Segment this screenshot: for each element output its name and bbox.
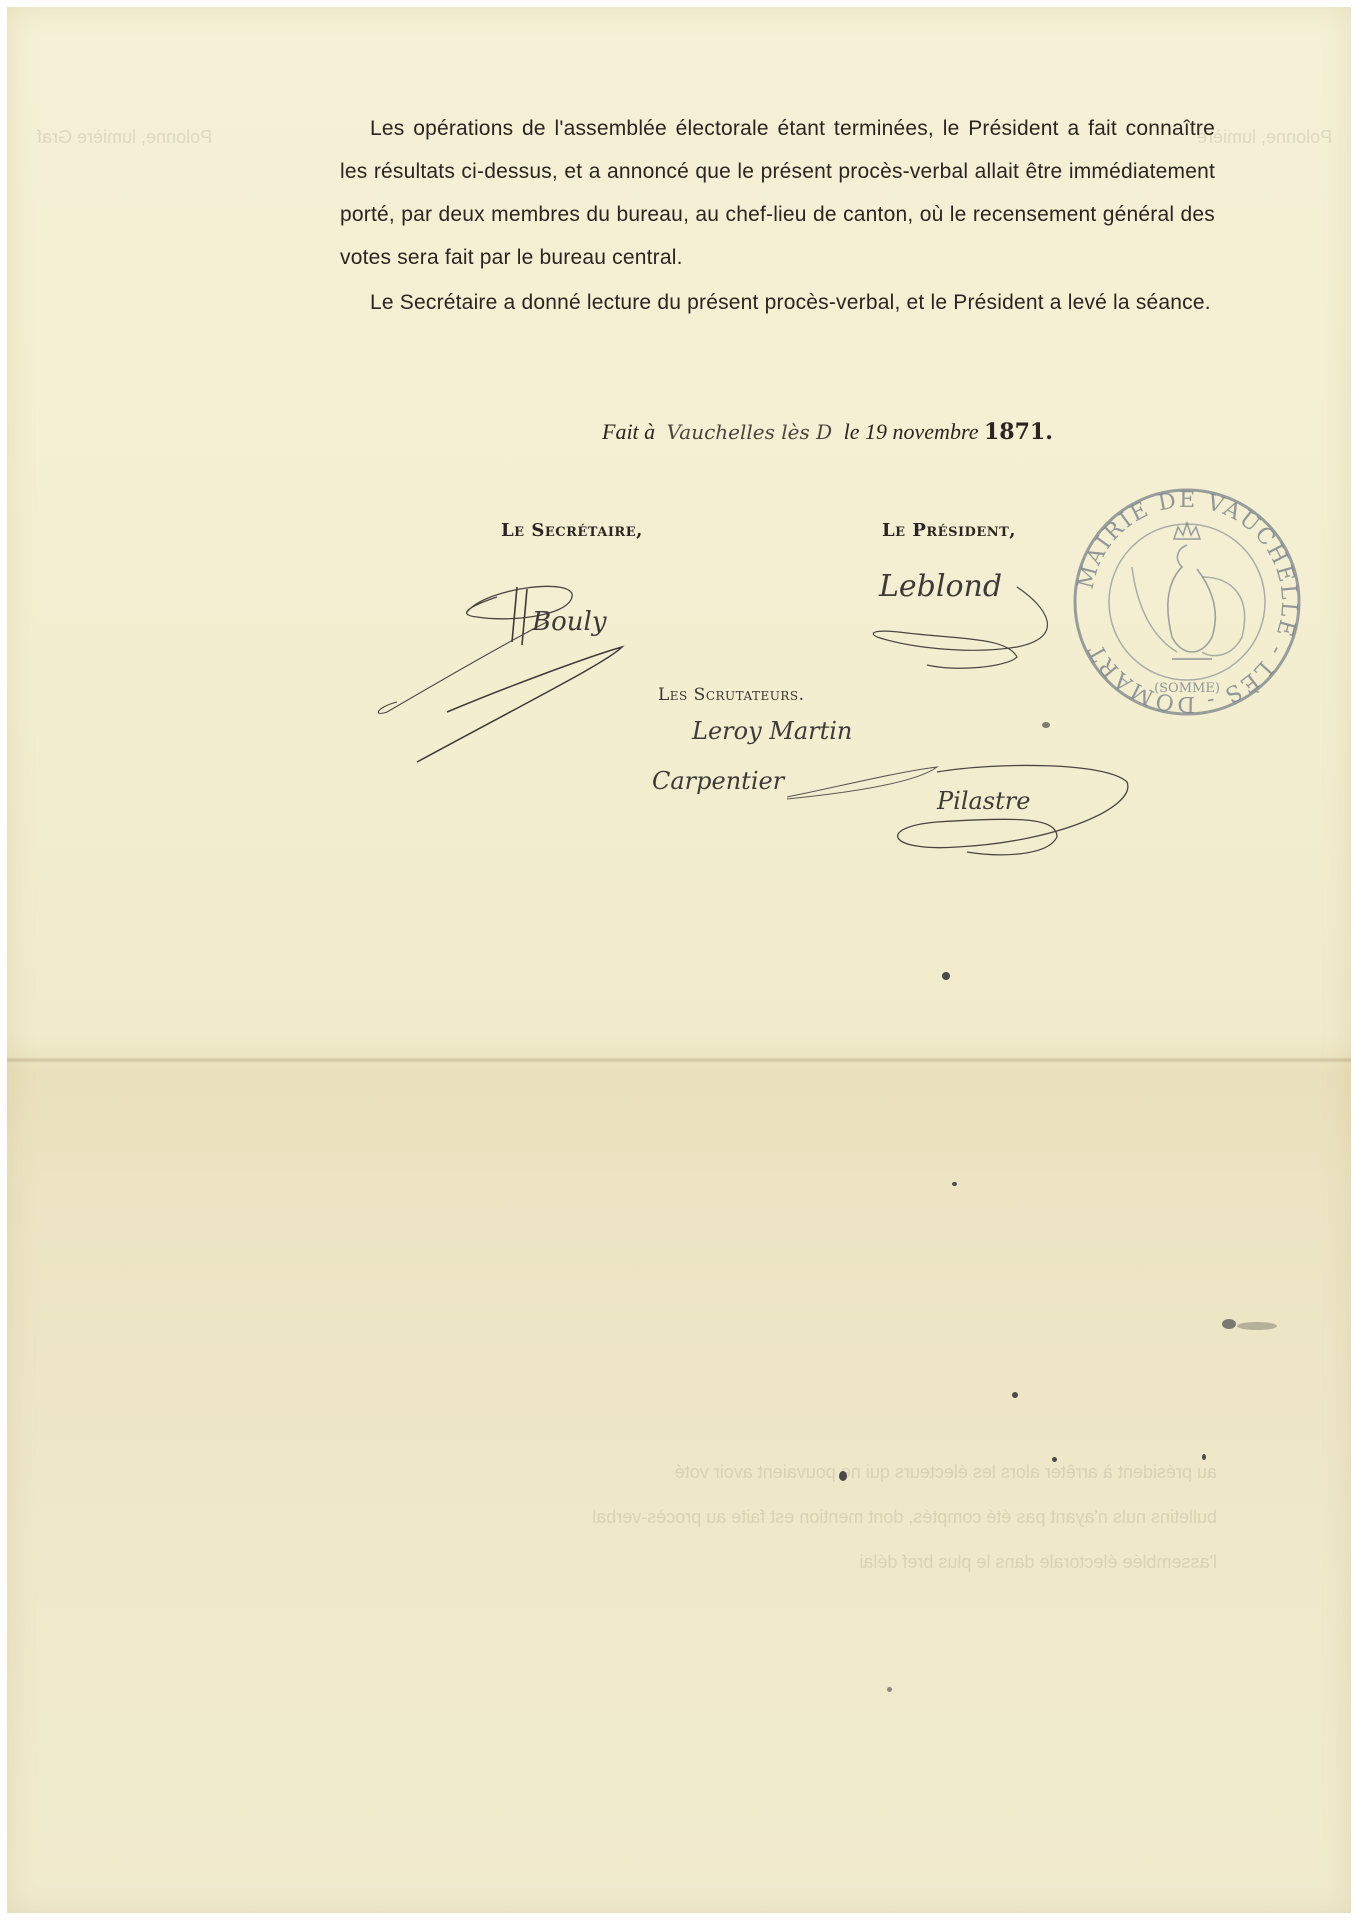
- ink-speck: [887, 1687, 892, 1692]
- paper-fold-line: [7, 1057, 1351, 1063]
- bleed-through-text: bulletins nuls n'ayant pas été comptés, …: [337, 1507, 1217, 1528]
- signature-flourish-icon: [357, 567, 637, 767]
- date-year: 1871.: [984, 419, 1053, 445]
- ink-speck: [952, 1182, 957, 1186]
- scrutineers-label: Les Scrutateurs.: [658, 685, 805, 705]
- ink-speck: [839, 1471, 847, 1481]
- mairie-stamp: MAIRIE DE VAUCHELLE - LÈS - DOMART (SOMM…: [1062, 487, 1312, 717]
- paragraph-results-announced: Les opérations de l'assemblée électorale…: [340, 107, 1215, 279]
- date-connector: le: [844, 419, 860, 444]
- secretary-label: Le Secrétaire,: [501, 520, 643, 541]
- ink-speck: [1202, 1454, 1206, 1460]
- handwritten-place: Vauchelles lès D: [667, 420, 832, 444]
- ink-speck: [1222, 1319, 1236, 1329]
- scrutineer-signature-3: Pilastre: [937, 787, 1030, 815]
- bleed-through-text: l'assemblée électorale dans le plus bref…: [337, 1552, 1217, 1573]
- bleed-through-text: Polonne, lumière Graf: [37, 127, 212, 148]
- ink-speck: [942, 972, 950, 980]
- scrutineers-signatures: Leroy Martin Carpentier Pilastre: [637, 707, 1157, 877]
- ink-speck: [1042, 722, 1050, 728]
- date-line: Fait à Vauchelles lès D le 19 novembre 1…: [602, 419, 1053, 445]
- secretary-signature: Bouly: [357, 567, 637, 767]
- bleed-through-text: Polonne, lumière: [1197, 127, 1332, 148]
- date-value: 19 novembre: [865, 419, 978, 444]
- bleed-through-text: au président à arrêter alors les électeu…: [337, 1462, 1217, 1483]
- scrutineer-signature-1: Leroy Martin: [692, 717, 852, 745]
- crowned-eagle-icon: MAIRIE DE VAUCHELLE - LÈS - DOMART (SOMM…: [1062, 487, 1312, 717]
- scrutineer-signature-2: Carpentier: [652, 767, 784, 795]
- closing-paragraphs: Les opérations de l'assemblée électorale…: [340, 107, 1215, 324]
- ink-smudge: [1237, 1322, 1277, 1330]
- president-signature: Leblond: [867, 557, 1067, 677]
- secretary-signature-text: Bouly: [532, 607, 607, 637]
- date-prefix: Fait à: [602, 419, 655, 444]
- president-signature-text: Leblond: [879, 569, 1002, 604]
- president-label: Le Président,: [882, 520, 1016, 541]
- svg-text:(SOMME): (SOMME): [1154, 681, 1220, 696]
- ink-speck: [1052, 1457, 1057, 1462]
- document-page: Polonne, lumière Graf Polonne, lumière a…: [7, 7, 1351, 1913]
- paragraph-session-closed: Le Secrétaire a donné lecture du présent…: [340, 281, 1215, 324]
- ink-speck: [1012, 1392, 1018, 1398]
